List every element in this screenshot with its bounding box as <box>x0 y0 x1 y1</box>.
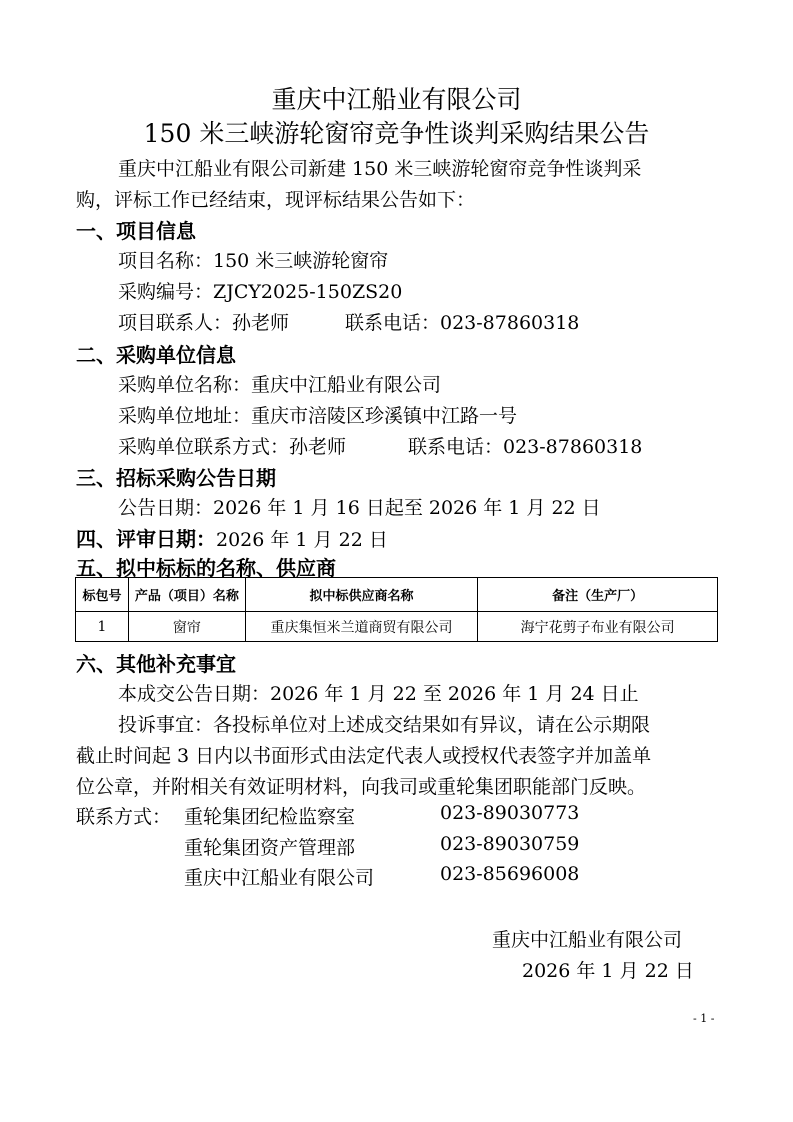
section-3-heading: 三、招标采购公告日期 <box>76 462 276 491</box>
header-lot-number: 标包号 <box>76 578 129 612</box>
page-number: - 1 - <box>693 1012 714 1025</box>
header-remarks: 备注（生产厂） <box>478 578 718 612</box>
contact-phone-3: 023-85696008 <box>440 863 579 885</box>
unit-contact: 采购单位联系方式：孙老师 <box>118 432 346 459</box>
company-title: 重庆中江船业有限公司 <box>0 80 793 116</box>
cell-lot-number: 1 <box>76 612 129 642</box>
table-header-row: 标包号 产品（项目）名称 拟中标供应商名称 备注（生产厂） <box>76 578 718 612</box>
cell-remarks: 海宁花剪子布业有限公司 <box>478 612 718 642</box>
contact-name-3: 重庆中江船业有限公司 <box>184 863 374 890</box>
announcement-date: 公告日期：2026 年 1 月 16 日起至 2026 年 1 月 22 日 <box>118 493 601 520</box>
review-date-value: 2026 年 1 月 22 日 <box>216 529 388 551</box>
cell-supplier-name: 重庆集恒米兰道商贸有限公司 <box>245 612 478 642</box>
section-1-heading: 一、项目信息 <box>76 215 196 244</box>
header-product-name: 产品（项目）名称 <box>128 578 245 612</box>
signature-date: 2026 年 1 月 22 日 <box>522 956 694 983</box>
complaint-line-2: 截止时间起 3 日内以书面形式由法定代表人或授权代表签字并加盖单 <box>76 741 651 768</box>
complaint-line-3: 位公章，并附相关有效证明材料，向我司或重轮集团职能部门反映。 <box>76 772 646 799</box>
project-name: 项目名称：150 米三峡游轮窗帘 <box>118 246 388 273</box>
project-contact-phone: 联系电话：023-87860318 <box>345 308 579 335</box>
winning-bidder-table: 标包号 产品（项目）名称 拟中标供应商名称 备注（生产厂） 1 窗帘 重庆集恒米… <box>75 577 718 642</box>
signature-company: 重庆中江船业有限公司 <box>492 925 682 952</box>
contact-name-1: 重轮集团纪检监察室 <box>184 802 355 829</box>
announcement-title: 150 米三峡游轮窗帘竞争性谈判采购结果公告 <box>0 114 793 150</box>
complaint-line-1: 投诉事宜：各投标单位对上述成交结果如有异议，请在公示期限 <box>118 710 650 737</box>
contacts-label: 联系方式： <box>76 802 171 829</box>
intro-line-2: 购，评标工作已经结束，现评标结果公告如下： <box>76 185 475 212</box>
review-date-label: 四、评审日期： <box>76 527 216 551</box>
header-supplier-name: 拟中标供应商名称 <box>245 578 478 612</box>
procurement-number: 采购编号：ZJCY2025-150ZS20 <box>118 277 402 304</box>
section-2-heading: 二、采购单位信息 <box>76 339 236 368</box>
intro-line-1: 重庆中江船业有限公司新建 150 米三峡游轮窗帘竞争性谈判采 <box>118 154 641 181</box>
unit-phone: 联系电话：023-87860318 <box>408 432 642 459</box>
section-4-heading: 四、评审日期：2026 年 1 月 22 日 <box>76 523 388 552</box>
unit-name: 采购单位名称：重庆中江船业有限公司 <box>118 370 441 397</box>
contact-phone-1: 023-89030773 <box>440 802 579 824</box>
project-contact-person: 项目联系人：孙老师 <box>118 308 289 335</box>
table-row: 1 窗帘 重庆集恒米兰道商贸有限公司 海宁花剪子布业有限公司 <box>76 612 718 642</box>
contact-name-2: 重轮集团资产管理部 <box>184 833 355 860</box>
contact-phone-2: 023-89030759 <box>440 833 579 855</box>
unit-address: 采购单位地址：重庆市涪陵区珍溪镇中江路一号 <box>118 401 517 428</box>
cell-product-name: 窗帘 <box>128 612 245 642</box>
section-6-heading: 六、其他补充事宜 <box>76 648 236 677</box>
notice-period: 本成交公告日期：2026 年 1 月 22 至 2026 年 1 月 24 日止 <box>118 679 639 706</box>
